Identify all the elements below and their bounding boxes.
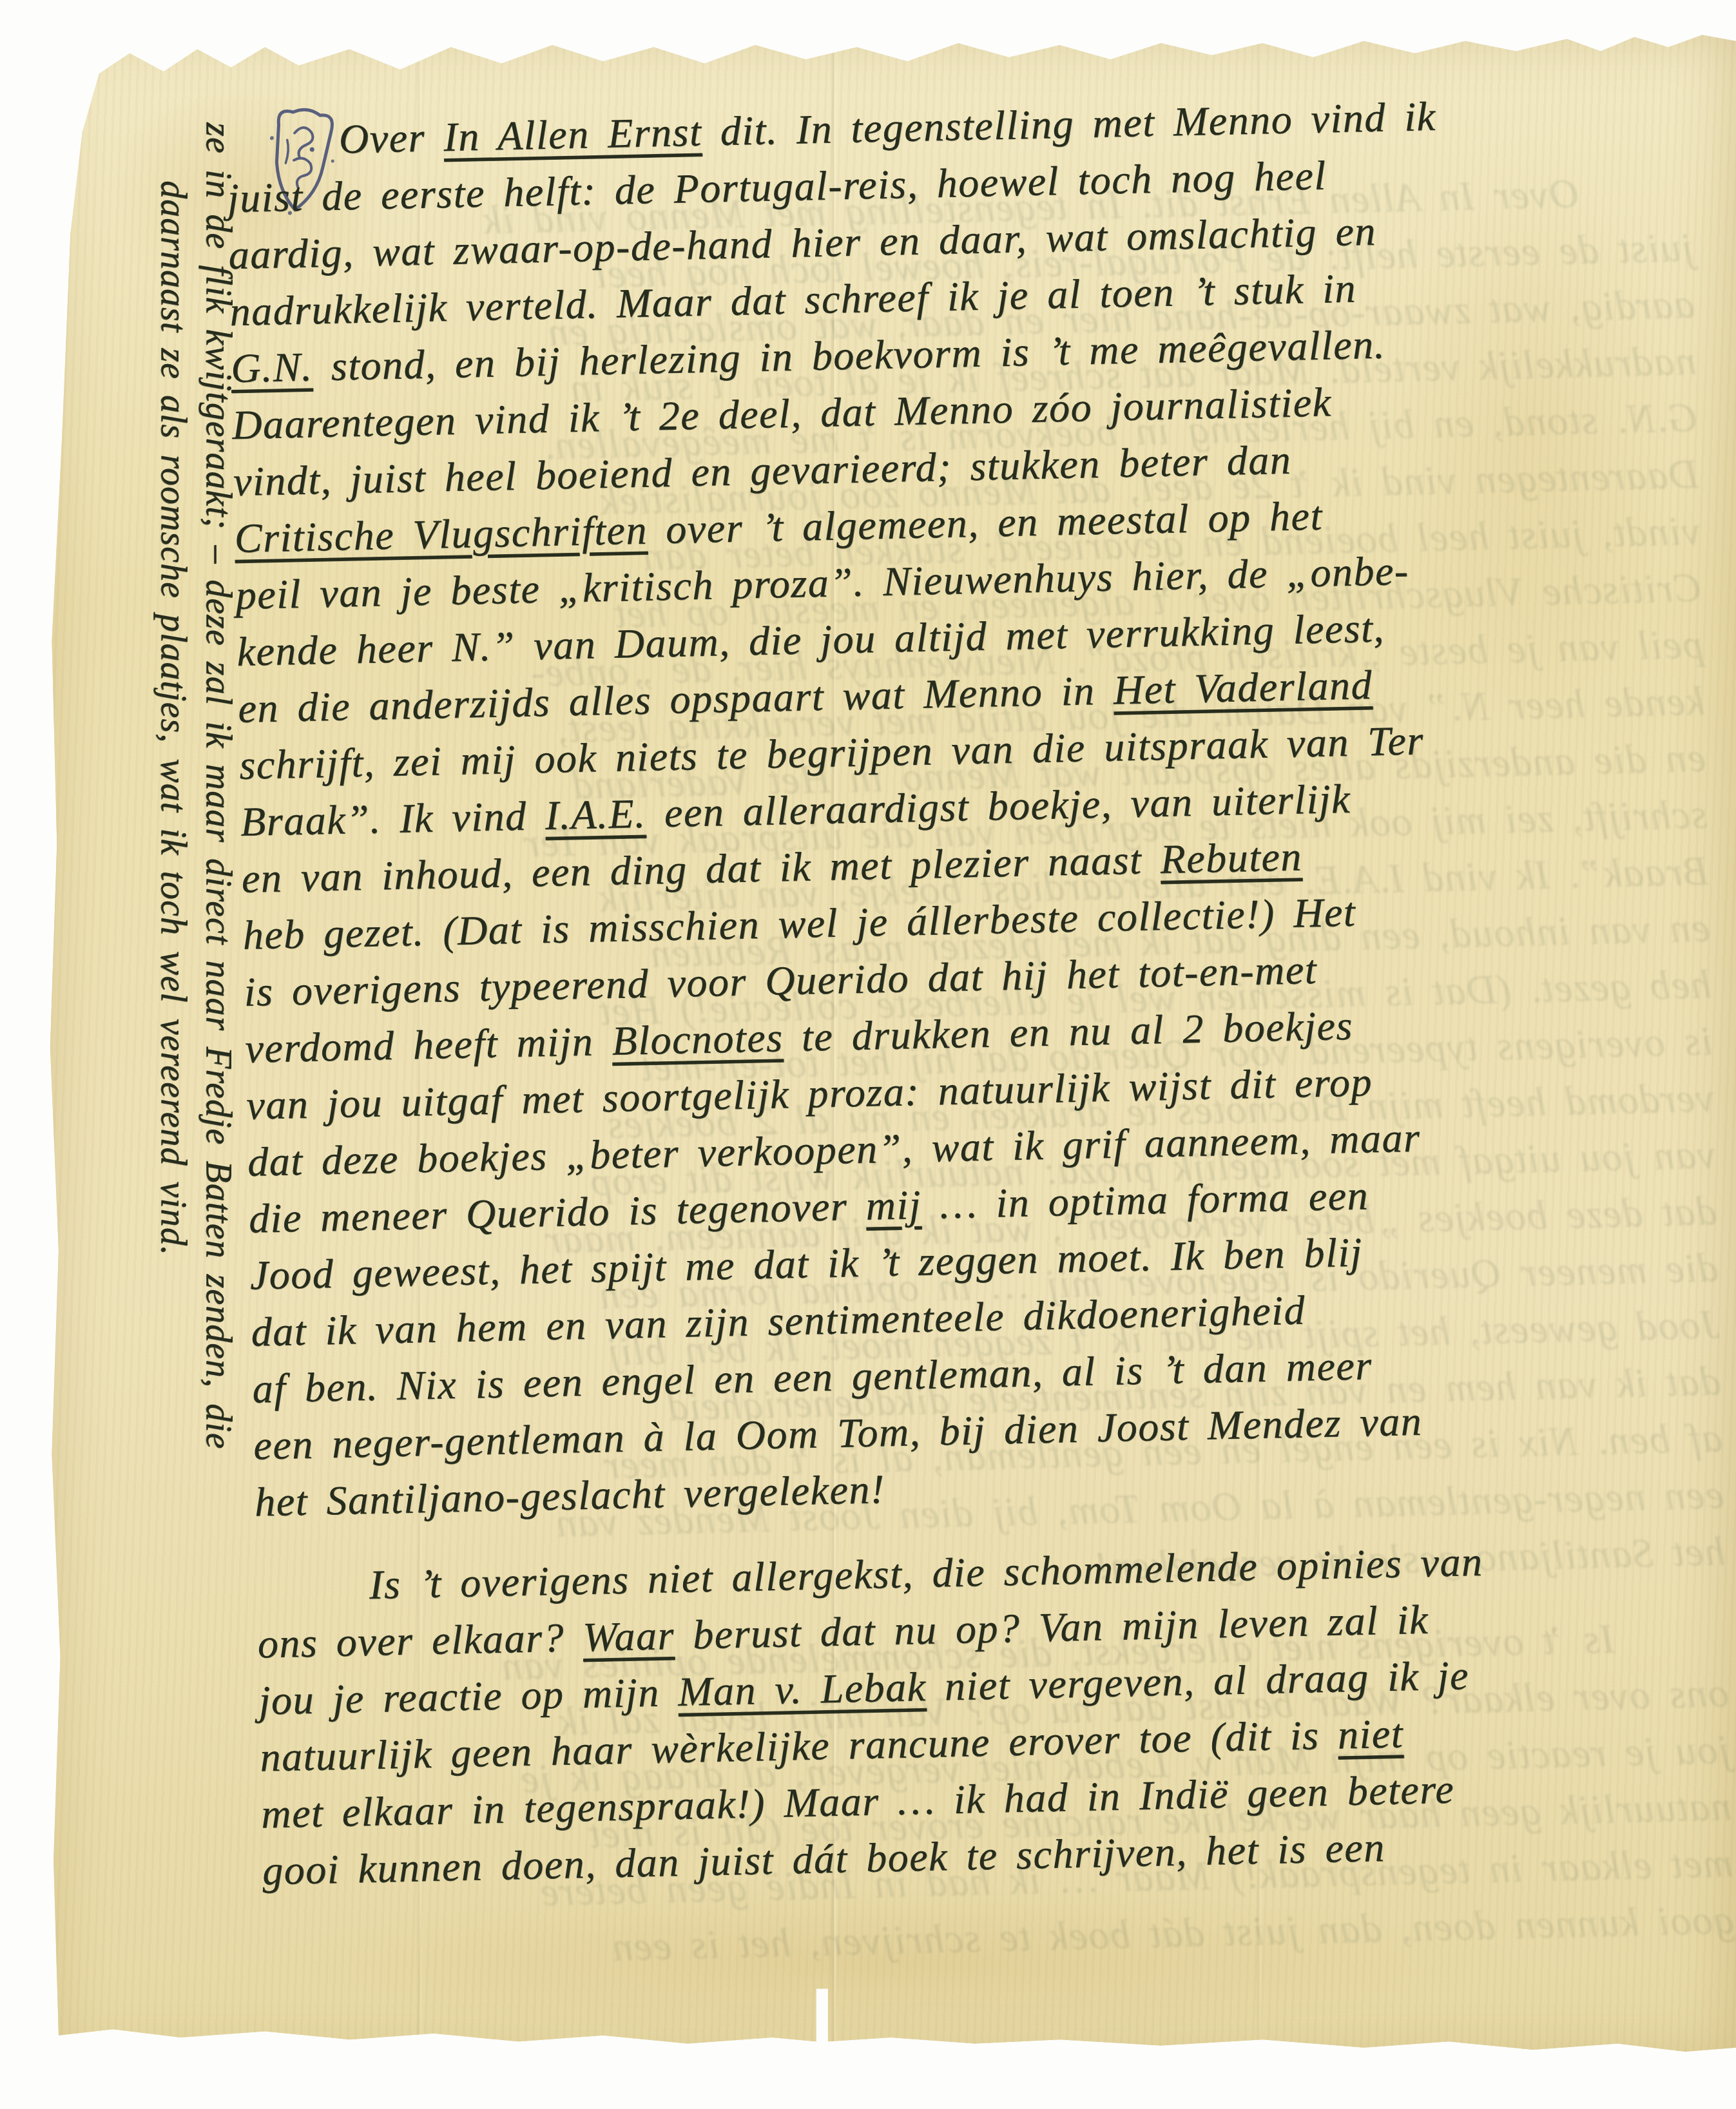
letter-paper: Over In Allen Ernst dit. In tegenstellin… (45, 31, 1736, 2064)
underlined-phrase: Critische Vlugschriften (234, 506, 648, 561)
underlined-phrase: In Allen Ernst (443, 109, 702, 160)
letter-body-text: Over In Allen Ernst dit. In tegenstellin… (226, 82, 1736, 1900)
underlined-phrase: mij (865, 1182, 922, 1229)
underlined-phrase: niet (1337, 1710, 1403, 1757)
underlined-phrase: Het Vaderland (1113, 662, 1373, 713)
underlined-phrase: Rebuten (1160, 833, 1303, 882)
underlined-phrase: Man v. Lebak (677, 1664, 927, 1715)
underlined-phrase: G.N. (231, 343, 313, 391)
scanned-letter: Over In Allen Ernst dit. In tegenstellin… (0, 0, 1736, 2109)
margin-note-outer: daarnaast ze als roomsche plaatjes, wat … (151, 180, 195, 1585)
underlined-phrase: I.A.E. (545, 791, 646, 838)
underlined-phrase: Waar (583, 1612, 675, 1660)
underlined-phrase: Blocnotes (612, 1014, 784, 1064)
